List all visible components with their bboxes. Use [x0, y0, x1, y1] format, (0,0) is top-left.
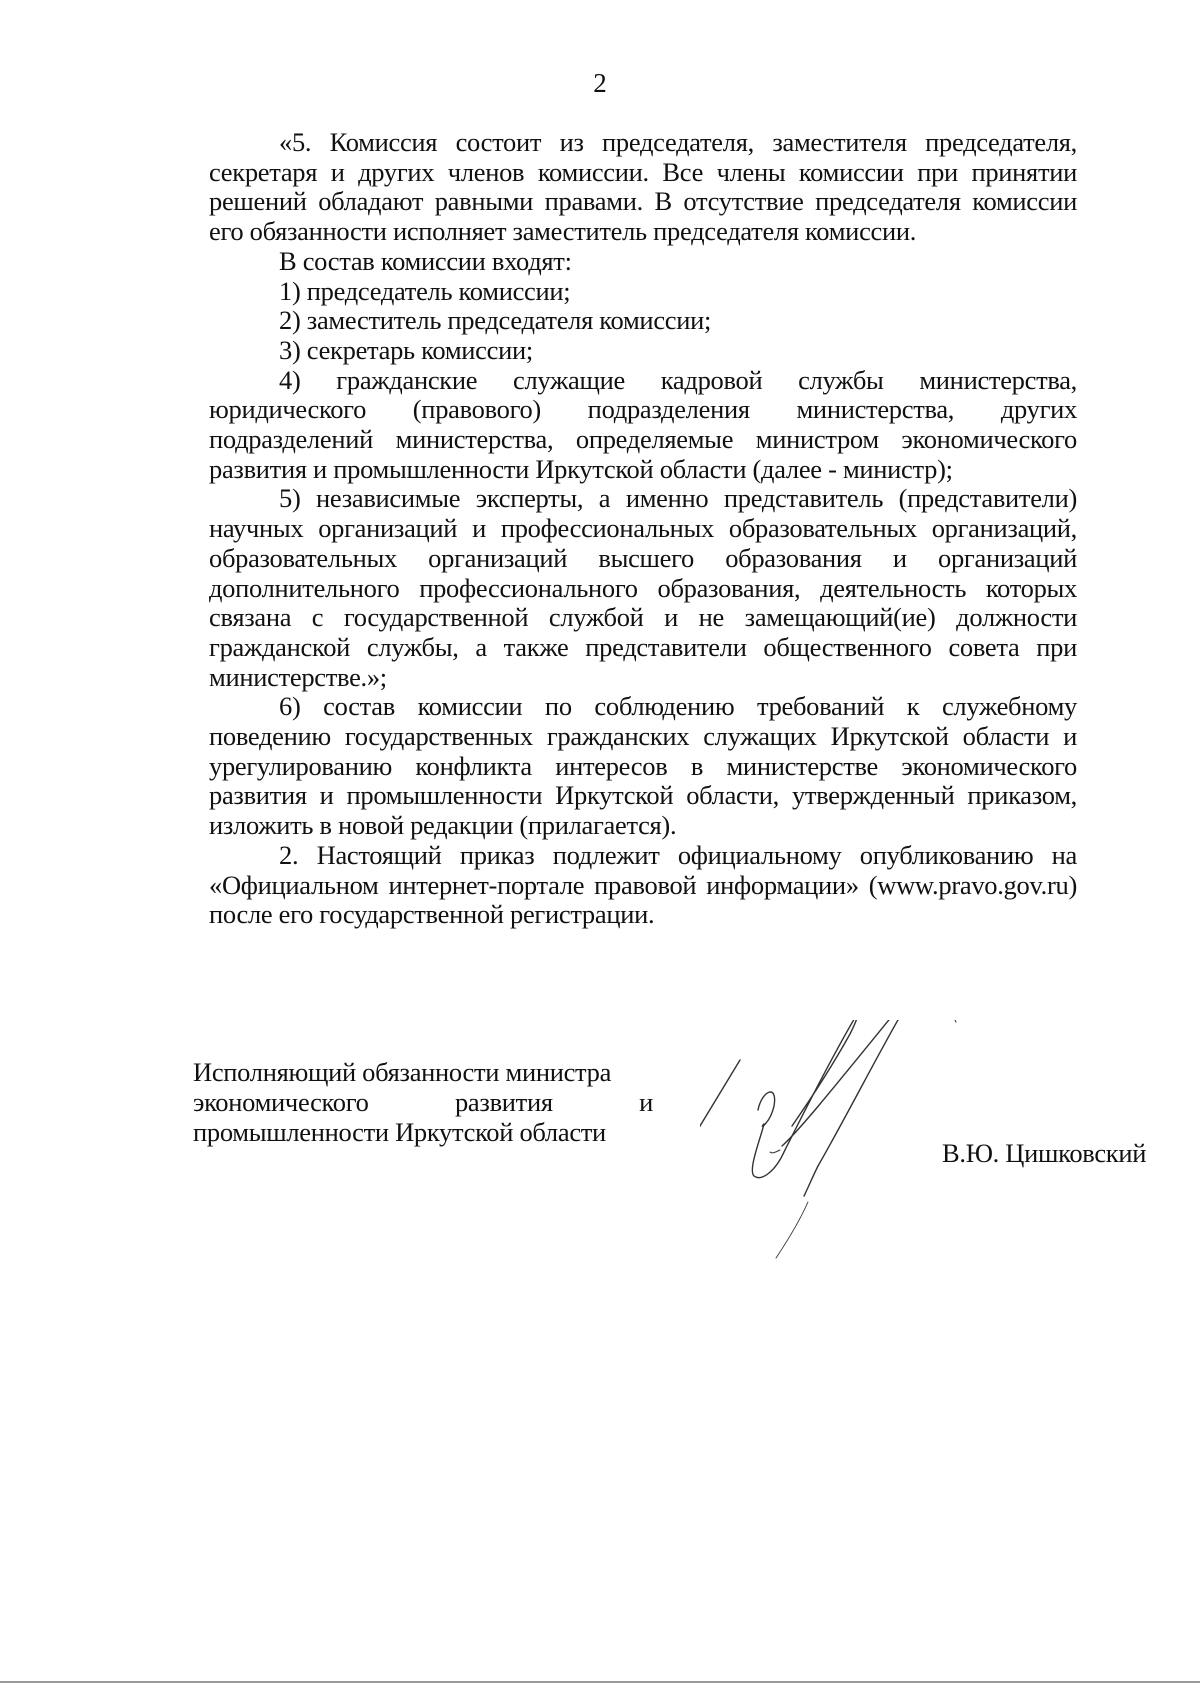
- paragraph-commission-composition: «5. Комиссия состоит из председателя, за…: [209, 128, 1077, 247]
- scan-edge-divider: [0, 1681, 1200, 1683]
- list-item-secretary: 3) секретарь комиссии;: [209, 336, 1077, 366]
- signer-name: В.Ю. Цишковский: [942, 1138, 1146, 1168]
- handwritten-signature-icon: [700, 1020, 960, 1280]
- page-number: 2: [0, 68, 1200, 98]
- signer-position: Исполняющий обязанности министра экономи…: [193, 1057, 653, 1147]
- signer-position-line-3: промышленности Иркутской области: [193, 1117, 653, 1147]
- list-item-deputy-chairman: 2) заместитель председателя комиссии;: [209, 306, 1077, 336]
- paragraph-members-intro: В состав комиссии входят:: [209, 247, 1077, 277]
- paragraph-publication: 2. Настоящий приказ подлежит официальном…: [209, 841, 1077, 930]
- list-item-chairman: 1) председатель комиссии;: [209, 277, 1077, 307]
- signer-position-line-2: экономического развития и: [193, 1087, 653, 1117]
- list-item-new-edition: 6) состав комиссии по соблюдению требова…: [209, 692, 1077, 841]
- list-item-civil-servants: 4) гражданские служащие кадровой службы …: [209, 366, 1077, 485]
- signer-position-line-1: Исполняющий обязанности министра: [193, 1057, 653, 1087]
- list-item-independent-experts: 5) независимые эксперты, а именно предст…: [209, 484, 1077, 692]
- document-body: «5. Комиссия состоит из председателя, за…: [209, 128, 1077, 930]
